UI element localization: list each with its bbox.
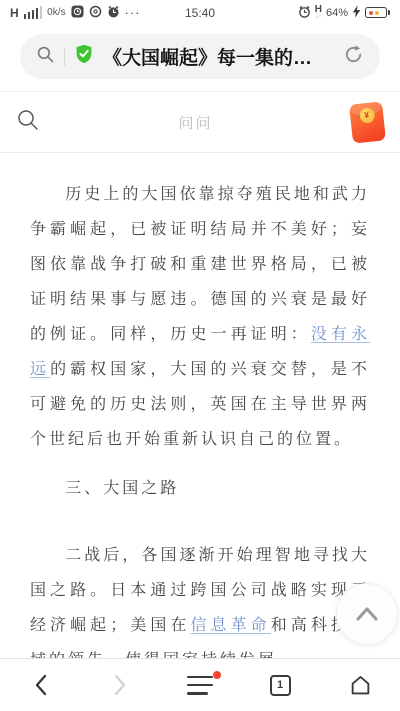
paragraph-history: 历史上的大国依靠掠夺殖民地和武力争霸崛起，已被证明结局并不美好；妄图依靠战争打破…	[30, 177, 370, 457]
site-search-icon[interactable]	[16, 108, 40, 137]
status-bar: H 0k/s ··· 15:40 H ↓↑ 64%	[0, 0, 400, 25]
back-to-top-button[interactable]	[336, 583, 398, 645]
hamburger-menu-icon	[187, 676, 213, 695]
chevron-left-icon	[33, 673, 48, 697]
signal-strength-icon	[24, 6, 43, 19]
charging-bolt-icon	[352, 5, 361, 21]
ring-notification-icon	[89, 5, 102, 21]
section-heading: 三、大国之路	[30, 471, 370, 506]
app-notification-icon	[71, 5, 84, 21]
site-search-placeholder: 问问	[40, 112, 351, 133]
status-right-group: H ↓↑ 64%	[200, 5, 390, 21]
search-icon	[36, 45, 55, 69]
network-speed-indicator: 0k/s	[47, 7, 65, 18]
browser-screen: H 0k/s ··· 15:40 H ↓↑ 64%	[0, 0, 400, 711]
status-left-group: H 0k/s ···	[10, 5, 200, 21]
chevron-right-icon	[113, 673, 128, 697]
paragraph-text: 的霸权国家，大国的兴衰交替，是不可避免的历史法则，英国在主导世界两个世纪后也开始…	[30, 361, 370, 448]
page-title: 《大国崛起》每一集的…	[103, 43, 334, 70]
divider	[64, 48, 65, 66]
alarm-notification-icon	[107, 5, 120, 21]
home-button[interactable]	[335, 663, 385, 707]
menu-button[interactable]	[175, 663, 225, 707]
paragraph-postwar: 二战后，各国逐渐开始理智地寻找大国之路。日本通过跨国公司战略实现了经济崛起；美国…	[30, 538, 370, 658]
inline-link-information-revolution[interactable]: 信息革命	[190, 617, 270, 634]
site-search-bar[interactable]: 问问 ¥	[0, 92, 400, 153]
tab-count-icon: 1	[270, 675, 291, 696]
more-notifications-indicator: ···	[125, 5, 141, 20]
tabs-button[interactable]: 1	[255, 663, 305, 707]
forward-button[interactable]	[95, 663, 145, 707]
chevron-up-icon	[352, 603, 382, 625]
refresh-icon[interactable]	[343, 44, 364, 70]
url-search-field[interactable]: 《大国崛起》每一集的…	[20, 34, 380, 79]
network-type-indicator: H	[10, 6, 19, 20]
home-icon	[349, 674, 372, 697]
mobile-data-indicator: H ↓↑	[315, 5, 322, 20]
browser-bottom-nav: 1	[0, 658, 400, 711]
battery-icon	[365, 7, 387, 18]
alarm-clock-icon	[298, 5, 311, 21]
article-content: 历史上的大国依靠掠夺殖民地和武力争霸崛起，已被证明结局并不美好；妄图依靠战争打破…	[0, 153, 400, 658]
notification-dot	[213, 671, 221, 679]
back-button[interactable]	[15, 663, 65, 707]
address-bar: 《大国崛起》每一集的…	[0, 25, 400, 92]
battery-percent: 64%	[326, 7, 348, 19]
red-packet-icon[interactable]: ¥	[349, 101, 386, 143]
paragraph-text: 历史上的大国依靠掠夺殖民地和武力争霸崛起，已被证明结局并不美好；妄图依靠战争打破…	[30, 186, 370, 343]
security-shield-icon[interactable]	[74, 44, 94, 69]
